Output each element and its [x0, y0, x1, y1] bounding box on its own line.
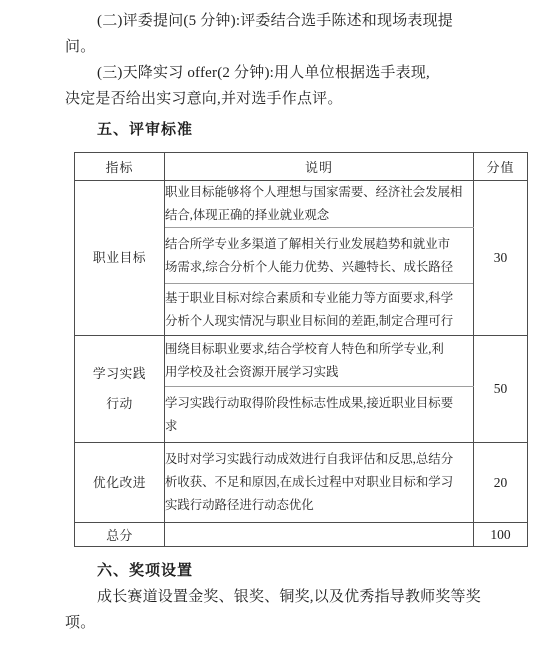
description-cell: 学习实践行动取得阶段性标志性成果,接近职业目标要 求 [165, 387, 474, 443]
table-header-row: 指标 说明 分值 [75, 153, 528, 181]
indicator-learning-practice: 学习实践 行动 [75, 336, 165, 443]
section-heading-criteria: 五、评审标准 [65, 117, 527, 143]
description-cell: 职业目标能够将个人理想与国家需要、经济社会发展相 结合,体现正确的择业就业观念 [165, 181, 474, 228]
total-score: 100 [474, 523, 528, 547]
desc-line: 实践行动路径进行动态优化 [165, 494, 473, 517]
desc-line: 分析个人现实情况与职业目标间的差距,制定合理可行 [165, 310, 473, 333]
paragraph-offer: (三)天降实习 offer(2 分钟):用人单位根据选手表现, 决定是否给出实习… [65, 60, 527, 112]
desc-line: 用学校及社会资源开展学习实践 [165, 361, 473, 384]
score-optimization: 20 [474, 443, 528, 523]
paragraph-line: (三)天降实习 offer(2 分钟):用人单位根据选手表现, [65, 60, 527, 86]
desc-line: 结合所学专业多渠道了解相关行业发展趋势和就业市 [165, 233, 473, 256]
desc-line: 结合,体现正确的择业就业观念 [165, 204, 473, 227]
indicator-label: 职业目标 [75, 243, 164, 273]
table-total-row: 总分 100 [75, 523, 528, 547]
paragraph-line: 项。 [65, 610, 527, 636]
total-label: 总分 [75, 523, 165, 547]
header-description: 说明 [165, 153, 474, 181]
description-cell: 结合所学专业多渠道了解相关行业发展趋势和就业市 场需求,综合分析个人能力优势、兴… [165, 228, 474, 284]
total-empty-cell [165, 523, 474, 547]
desc-line: 场需求,综合分析个人能力优势、兴趣特长、成长路径 [165, 256, 473, 279]
document-page: (二)评委提问(5 分钟):评委结合选手陈述和现场表现提 问。 (三)天降实习 … [0, 0, 552, 656]
desc-line: 及时对学习实践行动成效进行自我评估和反思,总结分 [165, 448, 473, 471]
description-cell: 基于职业目标对综合素质和专业能力等方面要求,科学 分析个人现实情况与职业目标间的… [165, 284, 474, 336]
criteria-table: 指标 说明 分值 职业目标 职业目标能够将个人理想与国家需要、经济社会发展相 结… [74, 152, 528, 547]
desc-line: 围绕目标职业要求,结合学校育人特色和所学专业,利 [165, 338, 473, 361]
paragraph-awards: 成长赛道设置金奖、银奖、铜奖,以及优秀指导教师奖等奖 项。 [65, 584, 527, 636]
indicator-optimization: 优化改进 [75, 443, 165, 523]
paragraph-line: (二)评委提问(5 分钟):评委结合选手陈述和现场表现提 [65, 8, 527, 34]
table-row: 职业目标 职业目标能够将个人理想与国家需要、经济社会发展相 结合,体现正确的择业… [75, 181, 528, 228]
score-career-goal: 30 [474, 181, 528, 336]
desc-line: 求 [165, 415, 473, 438]
indicator-career-goal: 职业目标 [75, 181, 165, 336]
desc-line: 析收获、不足和原因,在成长过程中对职业目标和学习 [165, 471, 473, 494]
paragraph-judge-question: (二)评委提问(5 分钟):评委结合选手陈述和现场表现提 问。 [65, 8, 527, 60]
paragraph-line: 问。 [65, 34, 527, 60]
description-cell: 围绕目标职业要求,结合学校育人特色和所学专业,利 用学校及社会资源开展学习实践 [165, 336, 474, 387]
section-heading-awards: 六、奖项设置 [65, 558, 527, 584]
desc-line: 基于职业目标对综合素质和专业能力等方面要求,科学 [165, 287, 473, 310]
description-cell: 及时对学习实践行动成效进行自我评估和反思,总结分 析收获、不足和原因,在成长过程… [165, 443, 474, 523]
score-learning-practice: 50 [474, 336, 528, 443]
header-indicator: 指标 [75, 153, 165, 181]
table-row: 学习实践 行动 围绕目标职业要求,结合学校育人特色和所学专业,利 用学校及社会资… [75, 336, 528, 387]
table-row: 优化改进 及时对学习实践行动成效进行自我评估和反思,总结分 析收获、不足和原因,… [75, 443, 528, 523]
indicator-label: 行动 [75, 389, 164, 419]
desc-line: 学习实践行动取得阶段性标志性成果,接近职业目标要 [165, 392, 473, 415]
paragraph-line: 成长赛道设置金奖、银奖、铜奖,以及优秀指导教师奖等奖 [65, 584, 527, 610]
indicator-label: 优化改进 [75, 468, 164, 498]
desc-line: 职业目标能够将个人理想与国家需要、经济社会发展相 [165, 181, 473, 204]
paragraph-line: 决定是否给出实习意向,并对选手作点评。 [65, 86, 527, 112]
header-score: 分值 [474, 153, 528, 181]
indicator-label: 学习实践 [75, 359, 164, 389]
